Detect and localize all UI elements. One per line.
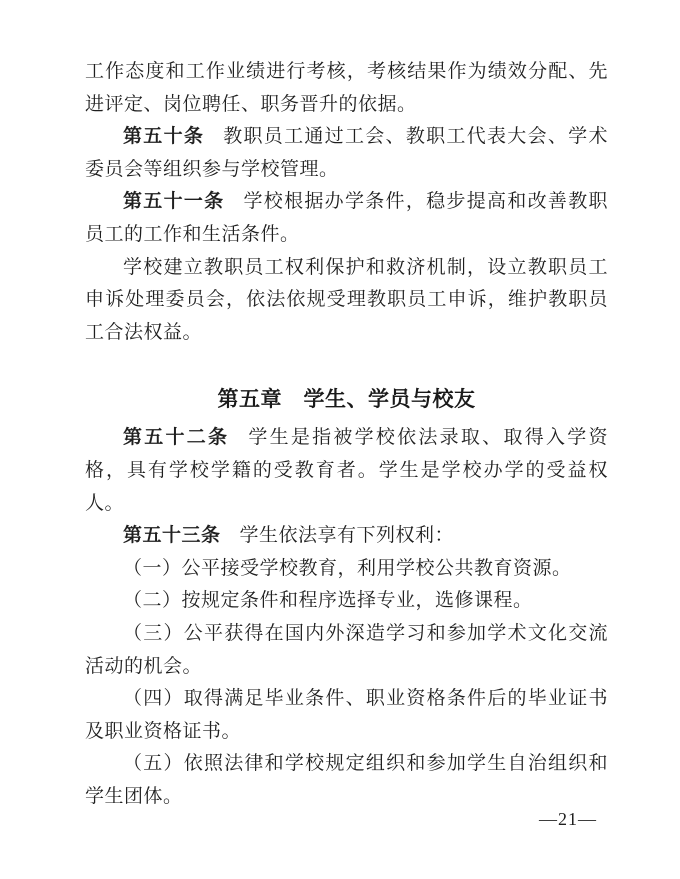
article-label: 第五十一条 [123, 191, 224, 212]
paragraph: 第五十三条学生依法享有下列权利： [85, 520, 608, 553]
paragraph-text: 学校建立教职员工权利保护和救济机制，设立教职员工申诉处理委员会，依法依规受理教职… [85, 257, 608, 343]
paragraph: 第五十二条学生是指被学校依法录取、取得入学资格，具有学校学籍的受教育者。学生是学… [85, 422, 608, 520]
page-number: —21— [539, 809, 597, 830]
paragraph: 第五十一条学校根据办学条件，稳步提高和改善教职员工的工作和生活条件。 [85, 186, 608, 251]
paragraph: （五）依照法律和学校规定组织和参加学生自治组织和学生团体。 [85, 748, 608, 813]
document-page: 工作态度和工作业绩进行考核，考核结果作为绩效分配、先进评定、岗位聘任、职务晋升的… [0, 0, 680, 879]
paragraph: （二）按规定条件和程序选择专业，选修课程。 [85, 585, 608, 618]
article-label: 第五十二条 [123, 427, 229, 448]
paragraph: （一）公平接受学校教育，利用学校公共教育资源。 [85, 553, 608, 586]
paragraph-text: 学生依法享有下列权利： [240, 525, 455, 546]
paragraph: 工作态度和工作业绩进行考核，考核结果作为绩效分配、先进评定、岗位聘任、职务晋升的… [85, 56, 608, 121]
paragraph-text: （二）按规定条件和程序选择专业，选修课程。 [123, 590, 533, 611]
paragraph: （四）取得满足毕业条件、职业资格条件后的毕业证书及职业资格证书。 [85, 683, 608, 748]
paragraph: 第五十条教职员工通过工会、教职工代表大会、学术委员会等组织参与学校管理。 [85, 121, 608, 186]
article-label: 第五十三条 [123, 525, 221, 546]
chapter-heading: 第五章 学生、学员与校友 [85, 383, 608, 416]
paragraph-text: 工作态度和工作业绩进行考核，考核结果作为绩效分配、先进评定、岗位聘任、职务晋升的… [85, 61, 608, 115]
paragraph-text: （三）公平获得在国内外深造学习和参加学术文化交流活动的机会。 [85, 623, 608, 677]
paragraph-text: （一）公平接受学校教育，利用学校公共教育资源。 [123, 558, 572, 579]
paragraph-text: （五）依照法律和学校规定组织和参加学生自治组织和学生团体。 [85, 753, 608, 807]
article-label: 第五十条 [123, 126, 204, 147]
paragraph-text: （四）取得满足毕业条件、职业资格条件后的毕业证书及职业资格证书。 [85, 688, 608, 742]
document-content: 工作态度和工作业绩进行考核，考核结果作为绩效分配、先进评定、岗位聘任、职务晋升的… [85, 56, 608, 813]
paragraph: （三）公平获得在国内外深造学习和参加学术文化交流活动的机会。 [85, 618, 608, 683]
paragraph: 学校建立教职员工权利保护和救济机制，设立教职员工申诉处理委员会，依法依规受理教职… [85, 252, 608, 350]
